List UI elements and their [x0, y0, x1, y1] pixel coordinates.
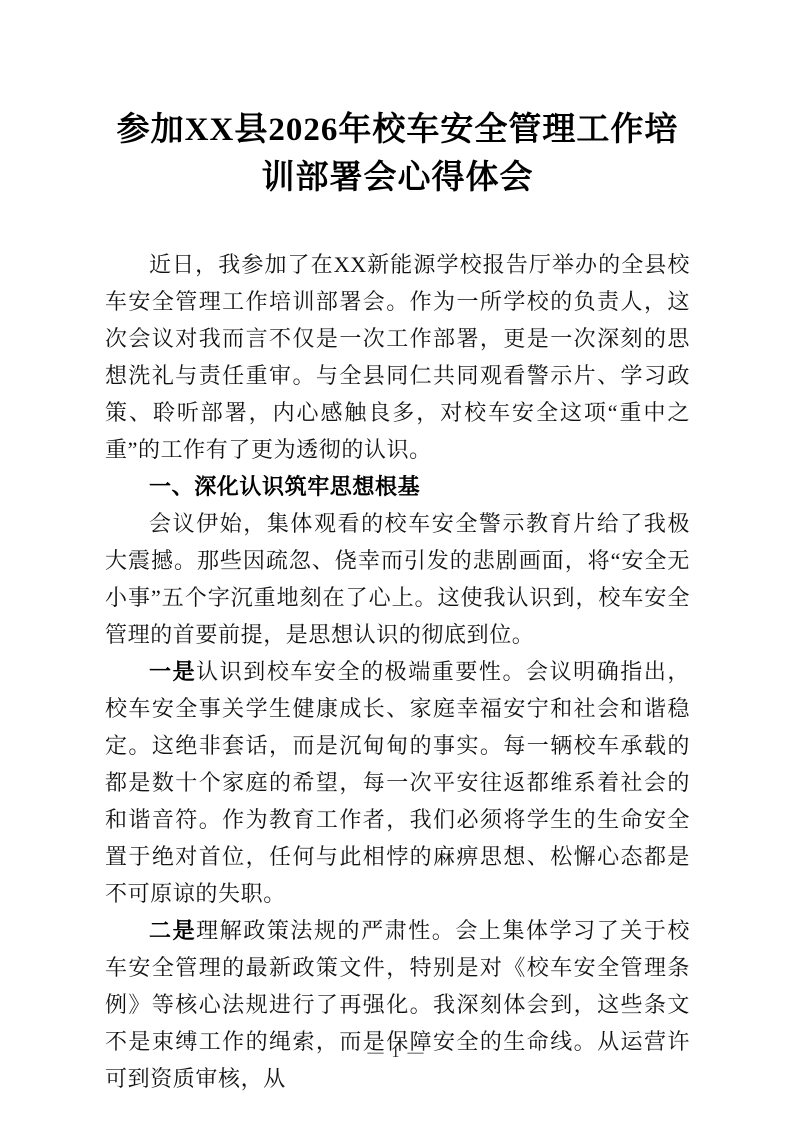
- section-1-paragraph: 会议伊始，集体观看的校车安全警示教育片给了我极大震撼。那些因疏忽、侥幸而引发的悲…: [105, 505, 690, 653]
- point-1-lead: 一是: [149, 659, 196, 684]
- point-1-paragraph: 一是认识到校车安全的极端重要性。会议明确指出，校车安全事关学生健康成长、家庭幸福…: [105, 653, 690, 912]
- document-body: 参加XX县2026年校车安全管理工作培训部署会心得体会 近日，我参加了在XX新能…: [0, 0, 793, 1097]
- document-page: 参加XX县2026年校车安全管理工作培训部署会心得体会 近日，我参加了在XX新能…: [0, 0, 793, 1122]
- point-2-text: 理解政策法规的严肃性。会上集体学习了关于校车安全管理的最新政策文件，特别是对《校…: [105, 918, 690, 1091]
- point-1-text: 认识到校车安全的极端重要性。会议明确指出，校车安全事关学生健康成长、家庭幸福安宁…: [105, 659, 690, 906]
- point-2-paragraph: 二是理解政策法规的严肃性。会上集体学习了关于校车安全管理的最新政策文件，特别是对…: [105, 912, 690, 1097]
- point-2-lead: 二是: [149, 918, 196, 943]
- document-title: 参加XX县2026年校车安全管理工作培训部署会心得体会: [105, 106, 690, 202]
- intro-paragraph: 近日，我参加了在XX新能源学校报告厅举办的全县校车安全管理工作培训部署会。作为一…: [105, 246, 690, 468]
- page-number: — 1 —: [0, 1044, 793, 1062]
- section-1-heading: 一、深化认识筑牢思想根基: [105, 468, 690, 505]
